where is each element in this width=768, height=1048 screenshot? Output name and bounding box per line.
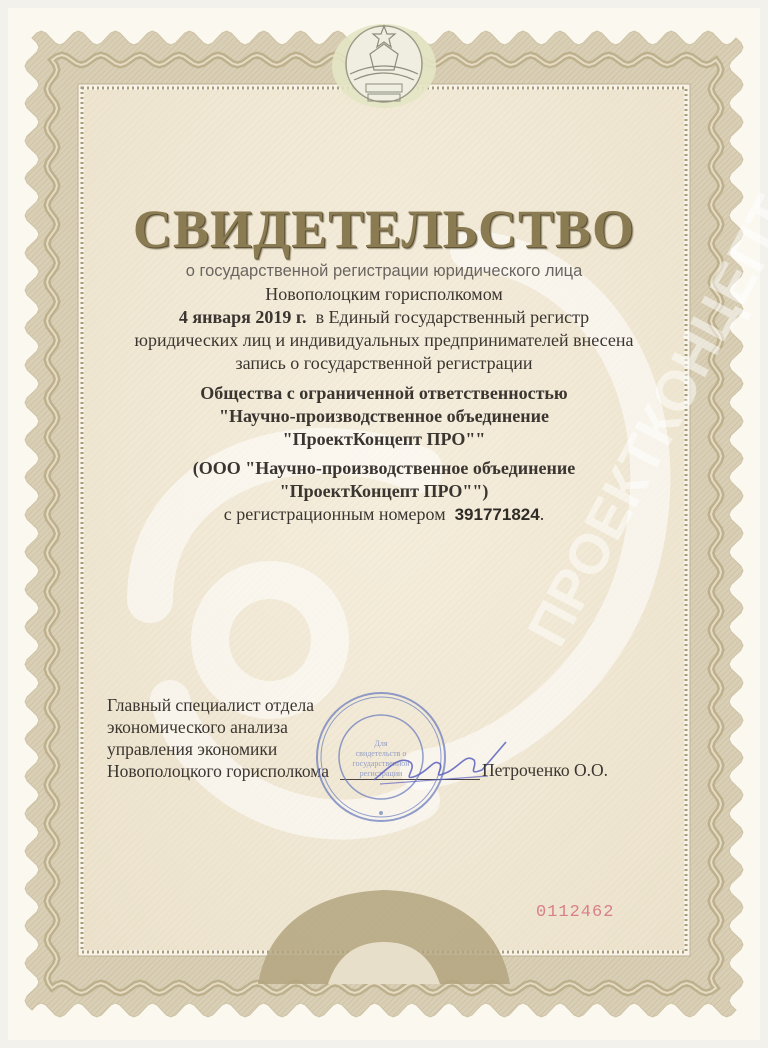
- company-full-name-2: "Научно-производственное объединение: [0, 406, 768, 427]
- registry-line: юридических лиц и индивидуальных предпри…: [0, 330, 768, 351]
- belarus-emblem-icon: [330, 14, 438, 114]
- position-line-1: Главный специалист отдела: [107, 694, 329, 716]
- position-line-2: экономического анализа: [107, 716, 329, 738]
- serial-number: 0112462: [536, 903, 614, 922]
- subtitle: о государственной регистрации юридическо…: [0, 262, 768, 281]
- registration-number-line: с регистрационным номером 391771824.: [0, 504, 768, 525]
- company-short-name-2: "ПроектКонцепт ПРО""): [0, 481, 768, 502]
- signatory-name: Петроченко О.О.: [482, 760, 608, 781]
- position-line-4: Новополоцкого горисполкома: [107, 760, 329, 782]
- record-line: запись о государственной регистрации: [0, 353, 768, 374]
- bottom-guilloche-medallion: [258, 884, 510, 984]
- registration-date: 4 января 2019 г.: [179, 307, 307, 327]
- issuer: Новополоцким горисполкомом: [0, 284, 768, 305]
- certificate-title: СВИДЕТЕЛЬСТВО: [0, 198, 768, 260]
- company-full-name-1: Общества с ограниченной ответственностью: [0, 383, 768, 404]
- reg-number-label: с регистрационным номером: [224, 504, 446, 524]
- company-full-name-3: "ПроектКонцепт ПРО"": [0, 429, 768, 450]
- registration-number: 391771824: [455, 505, 540, 524]
- signatory-position: Главный специалист отдела экономического…: [107, 694, 329, 782]
- company-short-name-1: (ООО "Научно-производственное объединени…: [0, 458, 768, 479]
- position-line-3: управления экономики: [107, 738, 329, 760]
- registration-date-line: 4 января 2019 г. в Единый государственны…: [0, 307, 768, 328]
- reg-number-suffix: .: [540, 504, 545, 524]
- registry-intro: в Единый государственный регистр: [316, 307, 590, 327]
